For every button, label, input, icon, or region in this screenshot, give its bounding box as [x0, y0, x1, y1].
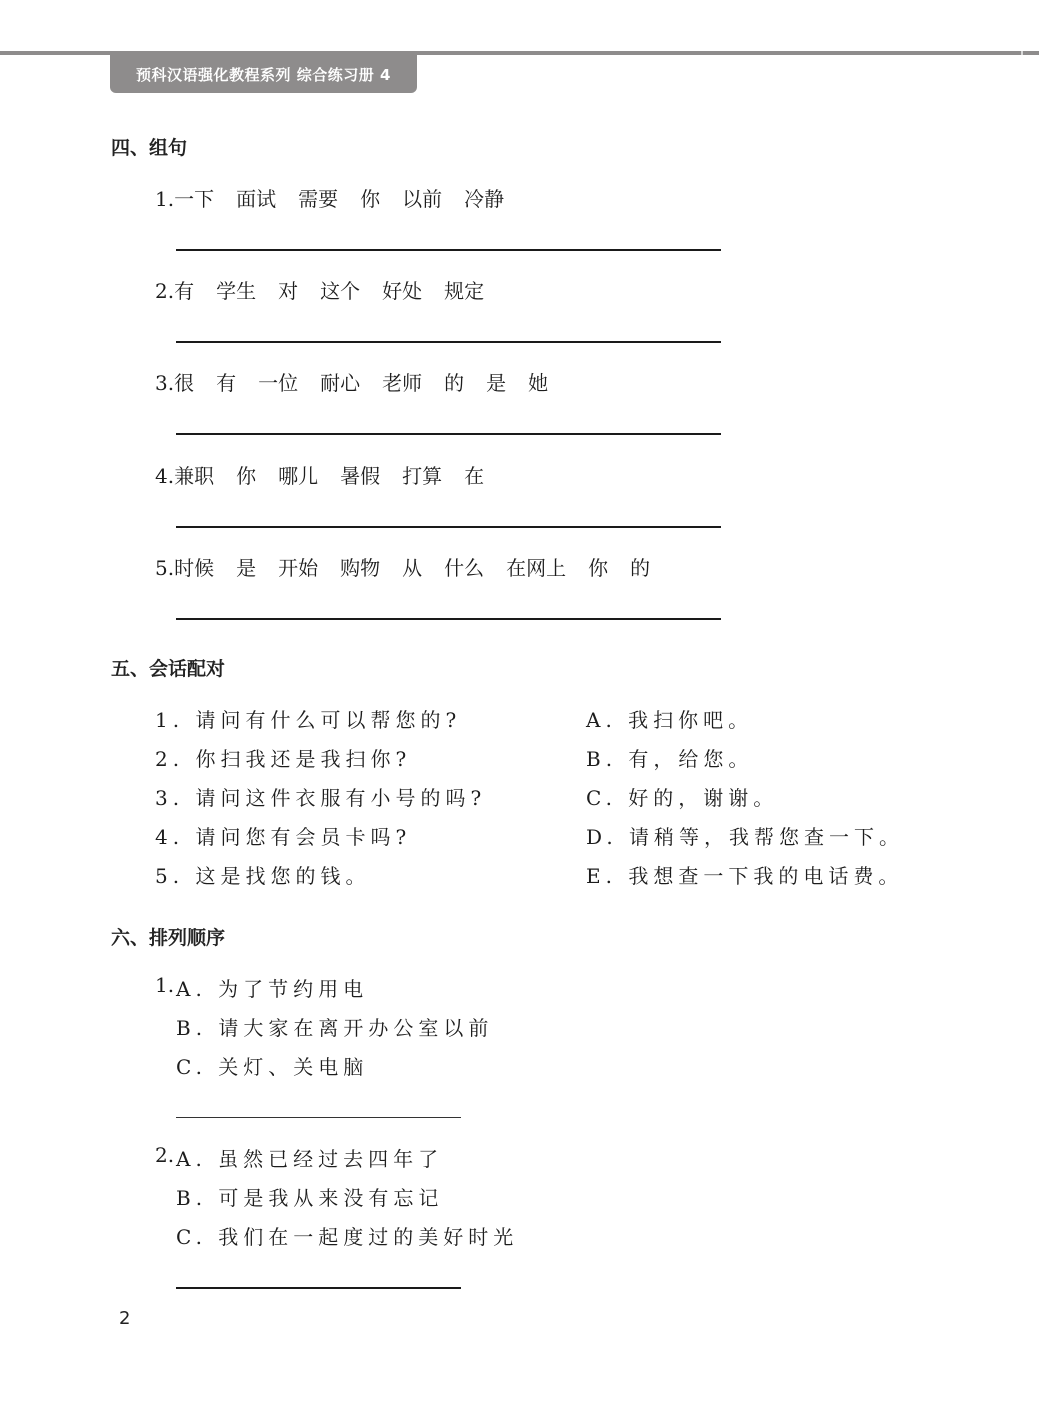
ordering-group-1-number: 1.: [155, 973, 174, 997]
section-title-dialogue-matching: 五、会话配对: [111, 654, 225, 681]
word: 学生: [216, 279, 256, 303]
word: 一位: [258, 371, 298, 395]
item-number: 1.: [155, 187, 174, 211]
sentence-building-item-4: 4.兼职你哪儿暑假打算在: [155, 460, 484, 489]
answer-option-c: C. 好的，谢谢。: [586, 782, 778, 811]
word-list: 兼职你哪儿暑假打算在: [174, 464, 484, 488]
word: 你: [236, 464, 256, 488]
word: 从: [402, 556, 422, 580]
word: 是: [236, 556, 256, 580]
sentence-building-item-3: 3.很有一位耐心老师的是她: [155, 367, 548, 396]
word: 耐心: [320, 371, 360, 395]
answer-line-2[interactable]: [176, 341, 721, 343]
word: 你: [588, 556, 608, 580]
word: 面试: [236, 187, 276, 211]
ordering-2-option-c: C. 我们在一起度过的美好时光: [176, 1221, 518, 1250]
ordering-1-option-a: A. 为了节约用电: [176, 973, 368, 1002]
item-number: 2.: [155, 279, 174, 303]
word: 很: [174, 371, 194, 395]
word: 的: [444, 371, 464, 395]
word: 对: [278, 279, 298, 303]
question-1: 1. 请问有什么可以帮您的?: [155, 704, 461, 733]
word: 什么: [444, 556, 484, 580]
sentence-building-item-1: 1.一下面试需要你以前冷静: [155, 183, 504, 212]
word: 是: [486, 371, 506, 395]
answer-option-b: B. 有，给您。: [586, 743, 753, 772]
word: 购物: [340, 556, 380, 580]
word: 兼职: [174, 464, 214, 488]
answer-line-1[interactable]: [176, 249, 721, 251]
series-title: 预科汉语强化教程系列 综合练习册 4: [136, 64, 391, 85]
answer-option-e: E. 我想查一下我的电话费。: [586, 860, 903, 889]
word: 需要: [298, 187, 338, 211]
ordering-2-option-a: A. 虽然已经过去四年了: [176, 1143, 443, 1172]
word: 有: [174, 279, 194, 303]
word: 哪儿: [278, 464, 318, 488]
header-rule-mark: [1021, 51, 1023, 55]
section-title-ordering: 六、排列顺序: [111, 923, 225, 950]
word-list: 一下面试需要你以前冷静: [174, 187, 504, 211]
word-list: 很有一位耐心老师的是她: [174, 371, 548, 395]
word-list: 时候是开始购物从什么在网上你的: [174, 556, 650, 580]
word: 你: [360, 187, 380, 211]
ordering-1-option-b: B. 请大家在离开办公室以前: [176, 1012, 493, 1041]
ordering-answer-line-2[interactable]: [176, 1287, 461, 1289]
answer-line-5[interactable]: [176, 618, 721, 620]
sentence-building-item-2: 2.有学生对这个好处规定: [155, 275, 484, 304]
word-list: 有学生对这个好处规定: [174, 279, 484, 303]
word: 在网上: [506, 556, 566, 580]
section-title-sentence-building: 四、组句: [111, 133, 187, 160]
item-number: 4.: [155, 464, 174, 488]
item-number: 3.: [155, 371, 174, 395]
word: 开始: [278, 556, 318, 580]
series-title-tab: 预科汉语强化教程系列 综合练习册 4: [110, 55, 417, 93]
word: 冷静: [464, 187, 504, 211]
ordering-1-option-c: C. 关灯、关电脑: [176, 1051, 368, 1080]
ordering-answer-line-1[interactable]: [176, 1117, 461, 1118]
word: 打算: [402, 464, 442, 488]
question-5: 5. 这是找您的钱。: [155, 860, 370, 889]
question-2: 2. 你扫我还是我扫你?: [155, 743, 411, 772]
word: 好处: [382, 279, 422, 303]
sentence-building-item-5: 5.时候是开始购物从什么在网上你的: [155, 552, 650, 581]
answer-line-3[interactable]: [176, 433, 721, 435]
answer-option-d: D. 请稍等，我帮您查一下。: [586, 821, 904, 850]
word: 时候: [174, 556, 214, 580]
page-number: 2: [119, 1308, 130, 1329]
item-number: 5.: [155, 556, 174, 580]
word: 暑假: [340, 464, 380, 488]
word: 在: [464, 464, 484, 488]
word: 老师: [382, 371, 422, 395]
question-4: 4. 请问您有会员卡吗?: [155, 821, 411, 850]
word: 的: [630, 556, 650, 580]
question-3: 3. 请问这件衣服有小号的吗?: [155, 782, 486, 811]
word: 一下: [174, 187, 214, 211]
ordering-2-option-b: B. 可是我从来没有忘记: [176, 1182, 443, 1211]
word: 有: [216, 371, 236, 395]
answer-option-a: A. 我扫你吧。: [586, 704, 753, 733]
word: 她: [528, 371, 548, 395]
word: 以前: [402, 187, 442, 211]
word: 规定: [444, 279, 484, 303]
answer-line-4[interactable]: [176, 526, 721, 528]
ordering-group-2-number: 2.: [155, 1143, 174, 1167]
word: 这个: [320, 279, 360, 303]
